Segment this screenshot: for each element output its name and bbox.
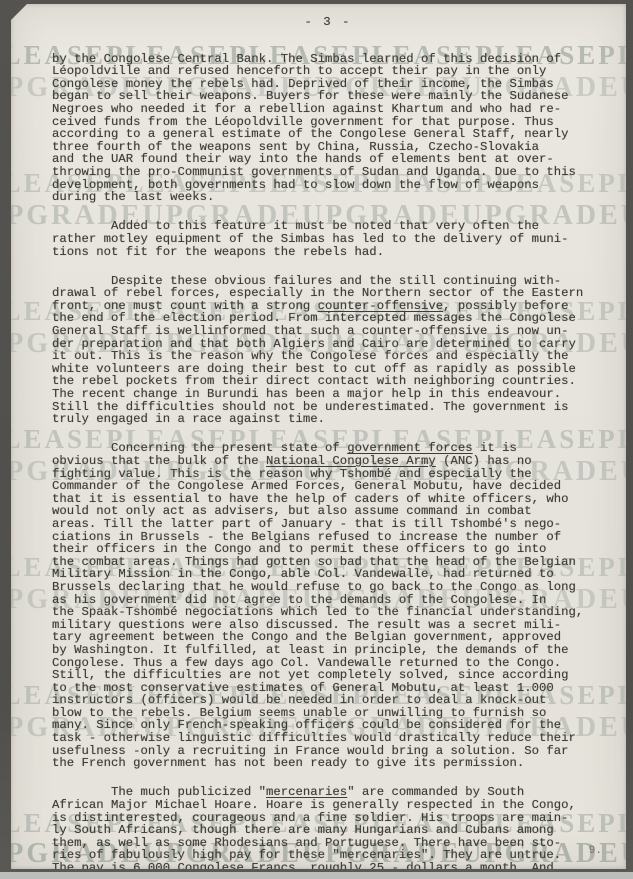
text-line: The recent change in Burundi has been a …: [52, 388, 604, 401]
text-line: throwing the pro-Communist governments o…: [52, 166, 604, 179]
watermark-word: UPGRADE: [621, 72, 626, 104]
scanned-document: PLEASEPLEASEPLEASEPLEASEPLEASEPLEASEUPGR…: [0, 0, 633, 879]
text-line: tions not fit for the weapons the rebels…: [52, 246, 604, 259]
paper-page: PLEASEPLEASEPLEASEPLEASEPLEASEPLEASEUPGR…: [11, 4, 626, 869]
paragraph: Despite these obvious failures and the s…: [52, 275, 604, 426]
text-line: Still, the difficulties are not yet comp…: [52, 669, 604, 682]
paragraph: The much publicized "mercenaries" are co…: [52, 786, 604, 874]
text-line: Negroes who needed it for a rebellion ag…: [52, 103, 604, 116]
text-line: obvious that the bulk of the National Co…: [52, 455, 604, 468]
text-line: the French government has not been ready…: [52, 757, 604, 770]
text-line: rather motley equipment of the Simbas ha…: [52, 233, 604, 246]
watermark-word: UPGRADE: [621, 328, 626, 360]
text-line: ly South Africans, though there are many…: [52, 824, 604, 837]
watermark-word: UPGRADE: [621, 584, 626, 616]
text-line: Commander of the Congolese Armed Forces,…: [52, 480, 604, 493]
text-line: General Staff is wellinformed that such …: [52, 325, 604, 338]
paragraph: Concerning the present state of governme…: [52, 442, 604, 769]
text-line: truly engaged in a race against time.: [52, 413, 604, 426]
typewritten-content: - 3 - by the Congolese Central Bank. The…: [52, 16, 604, 875]
paragraph: Added to this feature it must be noted t…: [52, 220, 604, 258]
watermark-word: UPGRADE: [621, 712, 626, 744]
text-line: Léopoldville and refused henceforth to a…: [52, 65, 604, 78]
watermark-word: UPGRADE: [621, 456, 626, 488]
paragraph: by the Congolese Central Bank. The Simba…: [52, 53, 604, 204]
watermark-word: UPGRADE: [621, 838, 626, 869]
page-corner-fold: [11, 4, 27, 20]
text-line: task - otherwise linguistic difficulties…: [52, 732, 604, 745]
text-line: by Washington. It fulfilled, at least in…: [52, 644, 604, 657]
text-line: African Major Michael Hoare. Hoare is ge…: [52, 799, 604, 812]
document-body: by the Congolese Central Bank. The Simba…: [52, 53, 604, 875]
text-line: the Spaak-Tshombé negociations which led…: [52, 606, 604, 619]
text-line: areas. Till the latter part of January -…: [52, 518, 604, 531]
text-line: The pay is 6.000 Congolese Francs, rough…: [52, 862, 604, 875]
watermark-word: UPGRADE: [621, 200, 626, 232]
page-number-bottom: 9.: [589, 845, 602, 857]
text-line: it out. This is the reason why the Congo…: [52, 350, 604, 363]
text-line: instructors (officers) would be needed i…: [52, 694, 604, 707]
text-line: during the last weeks.: [52, 191, 604, 204]
text-line: according to a general estimate of the C…: [52, 128, 604, 141]
text-line: their officers in the Congo and to permi…: [52, 543, 604, 556]
page-number-top: - 3 -: [52, 16, 604, 29]
text-line: Brussels declaring that he would refuse …: [52, 581, 604, 594]
